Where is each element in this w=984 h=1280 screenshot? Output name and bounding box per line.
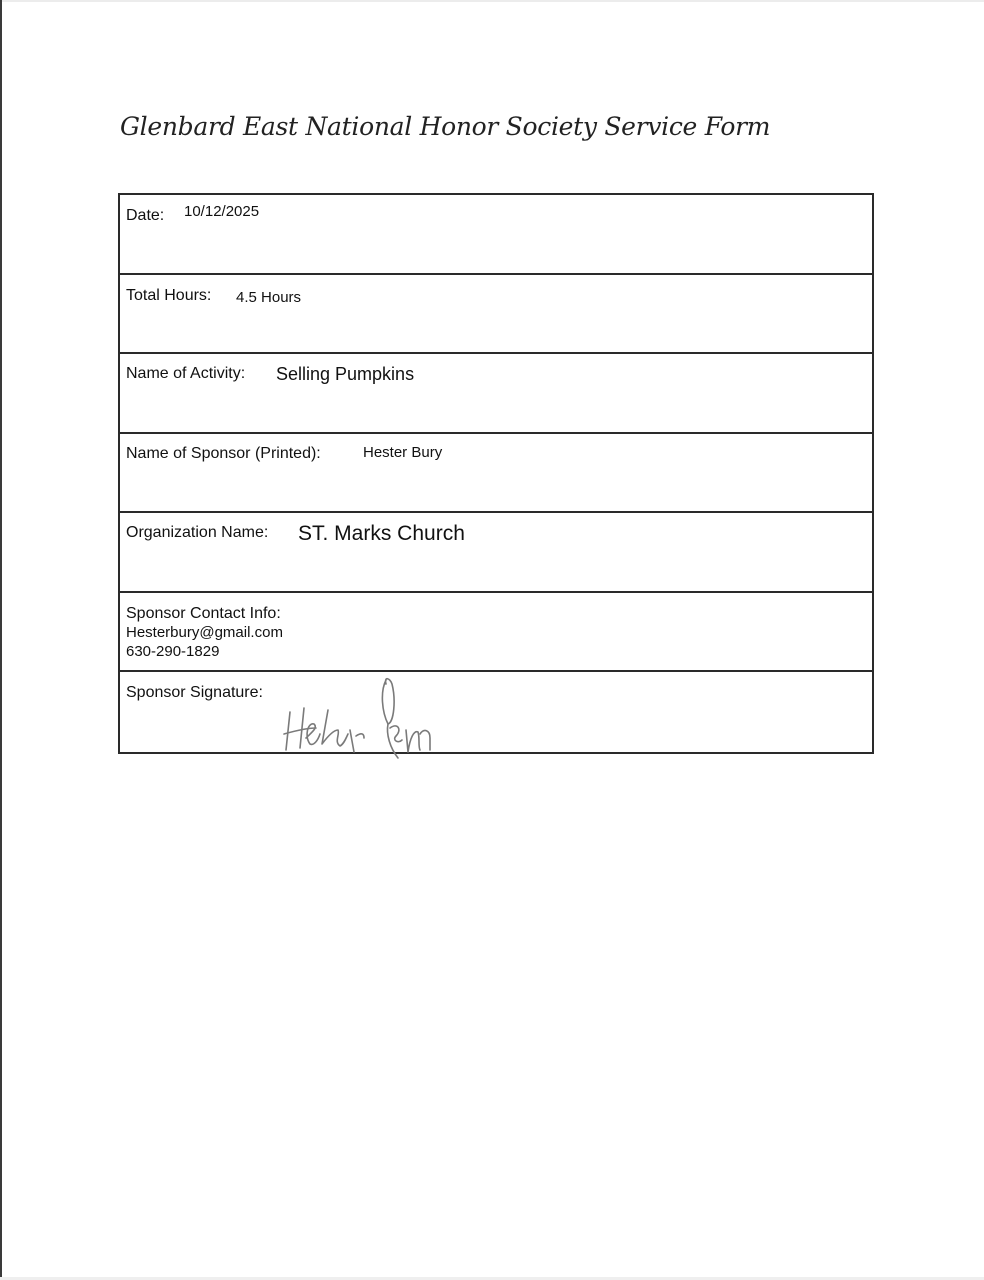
service-form-table: Date: 10/12/2025 Total Hours: 4.5 Hours …: [118, 193, 874, 754]
activity-label: Name of Activity:: [126, 365, 245, 383]
date-value[interactable]: 10/12/2025: [184, 203, 259, 220]
handwritten-signature-icon[interactable]: [278, 672, 458, 762]
date-row: Date: 10/12/2025: [120, 195, 872, 275]
contact-email[interactable]: Hesterbury@gmail.com: [126, 623, 283, 642]
form-title: Glenbard East National Honor Society Ser…: [120, 112, 770, 141]
sponsor-name-row: Name of Sponsor (Printed): Hester Bury: [120, 434, 872, 514]
signature-label: Sponsor Signature:: [126, 684, 263, 702]
signature-row: Sponsor Signature:: [120, 672, 872, 752]
organization-row: Organization Name: ST. Marks Church: [120, 513, 872, 593]
page-edge-left: [0, 0, 2, 1280]
total-hours-value[interactable]: 4.5 Hours: [236, 289, 301, 306]
organization-label: Organization Name:: [126, 524, 268, 542]
organization-value[interactable]: ST. Marks Church: [298, 522, 465, 546]
contact-row: Sponsor Contact Info: Hesterbury@gmail.c…: [120, 593, 872, 673]
activity-value[interactable]: Selling Pumpkins: [276, 364, 414, 385]
contact-phone[interactable]: 630-290-1829: [126, 642, 283, 661]
page-edge-top: [0, 0, 984, 2]
contact-label: Sponsor Contact Info:: [126, 604, 283, 623]
date-label: Date:: [126, 207, 164, 225]
sponsor-name-label: Name of Sponsor (Printed):: [126, 445, 321, 463]
sponsor-name-value[interactable]: Hester Bury: [363, 444, 442, 461]
total-hours-row: Total Hours: 4.5 Hours: [120, 275, 872, 355]
activity-row: Name of Activity: Selling Pumpkins: [120, 354, 872, 434]
total-hours-label: Total Hours:: [126, 287, 211, 305]
contact-block: Sponsor Contact Info: Hesterbury@gmail.c…: [126, 604, 283, 661]
